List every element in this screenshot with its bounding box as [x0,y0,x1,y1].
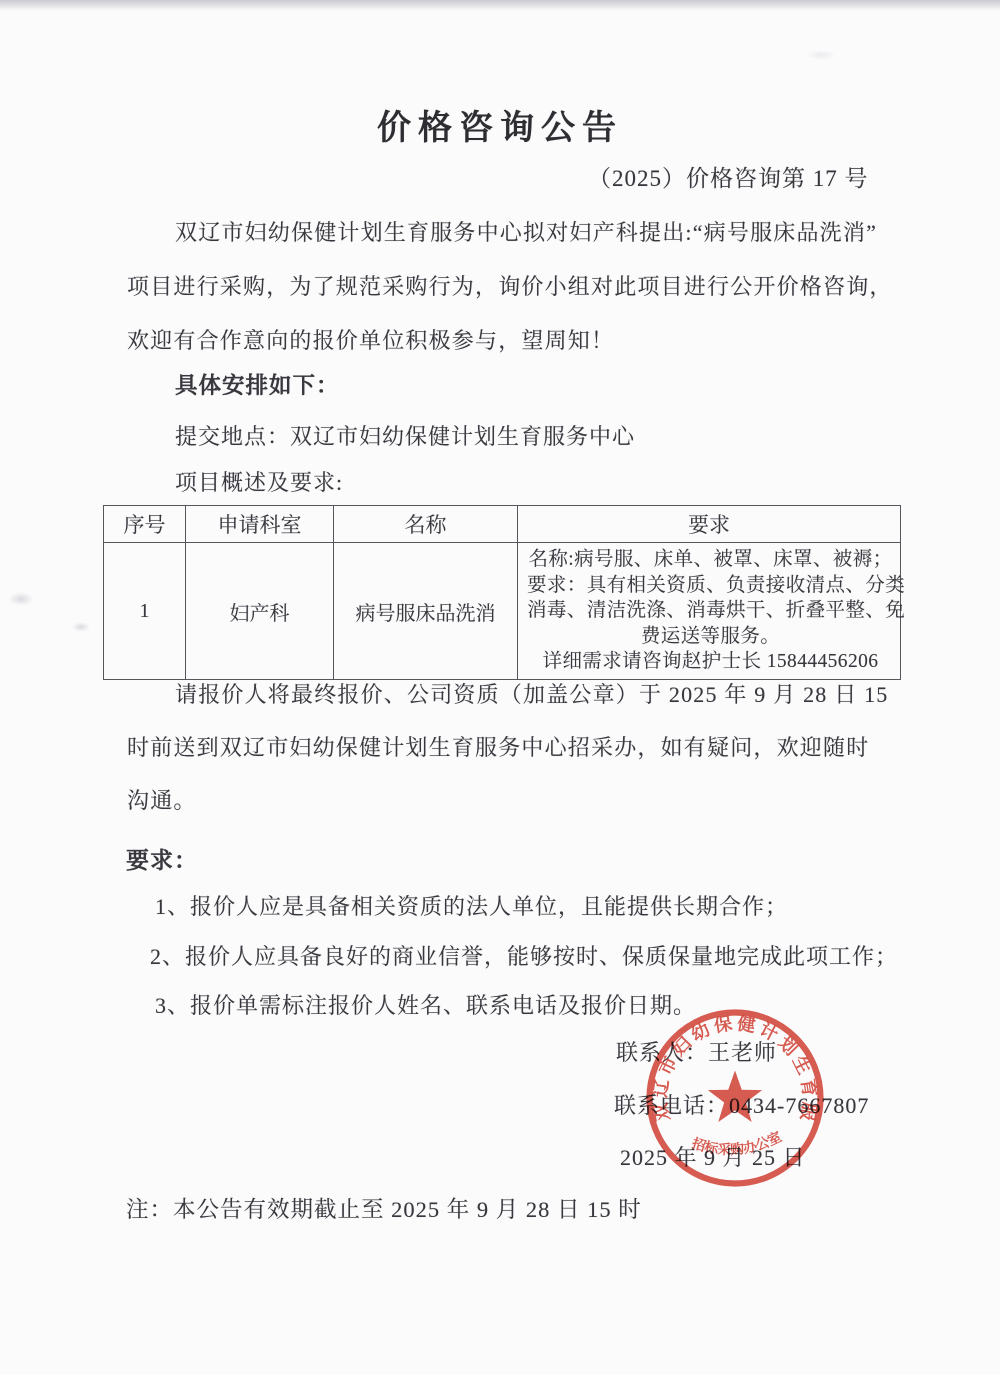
requirement-line: 要求：具有相关资质、负责接收清点、分类 [527,573,894,599]
requirement-item: 1、报价人应是具备相关资质的法人单位，且能提供长期合作； [155,890,788,921]
requirement-item: 2、报价人应具备良好的商业信誉，能够按时、保质保量地完成此项工作； [150,940,898,971]
cell-department: 妇产科 [186,543,334,680]
submit-location-line: 提交地点：双辽市妇幼保健计划生育服务中心 [175,420,635,451]
col-header-requirement: 要求 [518,506,901,543]
scan-artifact-smudge [806,50,836,60]
deadline-line: 时前送到双辽市妇幼保健计划生育服务中心招采办，如有疑问，欢迎随时 [127,721,889,774]
scan-artifact-smudge [72,622,90,632]
seal-office-text: 招标采购办公室 [689,1128,784,1157]
svg-text:招标采购办公室: 招标采购办公室 [689,1128,784,1157]
intro-line: 项目进行采购，为了规范采购行为，询价小组对此项目进行公开价格咨询， [127,260,893,314]
seal-star-icon [708,1070,762,1122]
table-row: 1 妇产科 病号服床品洗消 名称:病号服、床单、被罩、床罩、被褥； 要求：具有相… [104,543,901,680]
overview-heading: 项目概述及要求: [175,466,343,497]
validity-note: 注：本公告有效期截止至 2025 年 9 月 28 日 15 时 [126,1192,642,1224]
deadline-line: 请报价人将最终报价、公司资质（加盖公章）于 2025 年 9 月 28 日 15 [127,668,889,721]
cell-seq: 1 [104,543,186,680]
scan-artifact-smudge [8,592,34,606]
scanned-document-page: 价格咨询公告 （2025）价格咨询第 17 号 双辽市妇幼保健计划生育服务中心拟… [0,0,1000,1375]
deadline-line: 沟通。 [127,774,889,827]
page-title: 价格咨询公告 [0,100,1000,149]
requirement-line: 消毒、清洁洗涤、消毒烘干、折叠平整、免 [527,598,894,624]
project-spec-table: 序号 申请科室 名称 要求 1 妇产科 病号服床品洗消 名称:病号服、床单、被罩… [103,505,901,680]
arrangement-heading: 具体安排如下： [175,368,340,400]
scan-artifact-top-edge [0,0,1000,11]
table-header-row: 序号 申请科室 名称 要求 [104,506,901,543]
requirement-line: 名称:病号服、床单、被罩、床罩、被褥； [527,547,894,573]
requirements-heading: 要求： [126,842,198,875]
col-header-name: 名称 [334,506,518,543]
cell-requirement: 名称:病号服、床单、被罩、床罩、被褥； 要求：具有相关资质、负责接收清点、分类 … [518,543,901,680]
intro-line: 双辽市妇幼保健计划生育服务中心拟对妇产科提出:“病号服床品洗消” [127,206,893,260]
cell-name: 病号服床品洗消 [334,543,518,680]
intro-paragraph: 双辽市妇幼保健计划生育服务中心拟对妇产科提出:“病号服床品洗消” 项目进行采购，… [127,206,893,368]
deadline-paragraph: 请报价人将最终报价、公司资质（加盖公章）于 2025 年 9 月 28 日 15… [127,668,889,827]
requirement-line: 费运送等服务。 [527,624,894,650]
col-header-seq: 序号 [104,506,186,543]
col-header-department: 申请科室 [186,506,334,543]
requirement-item: 3、报价单需标注报价人姓名、联系电话及报价日期。 [155,989,696,1020]
intro-line: 欢迎有合作意向的报价单位积极参与，望周知！ [127,314,893,368]
document-number: （2025）价格咨询第 17 号 [588,160,869,193]
official-seal-stamp: 双辽市妇幼保健计划生育服务中心 招标采购办公室 [640,1003,830,1193]
